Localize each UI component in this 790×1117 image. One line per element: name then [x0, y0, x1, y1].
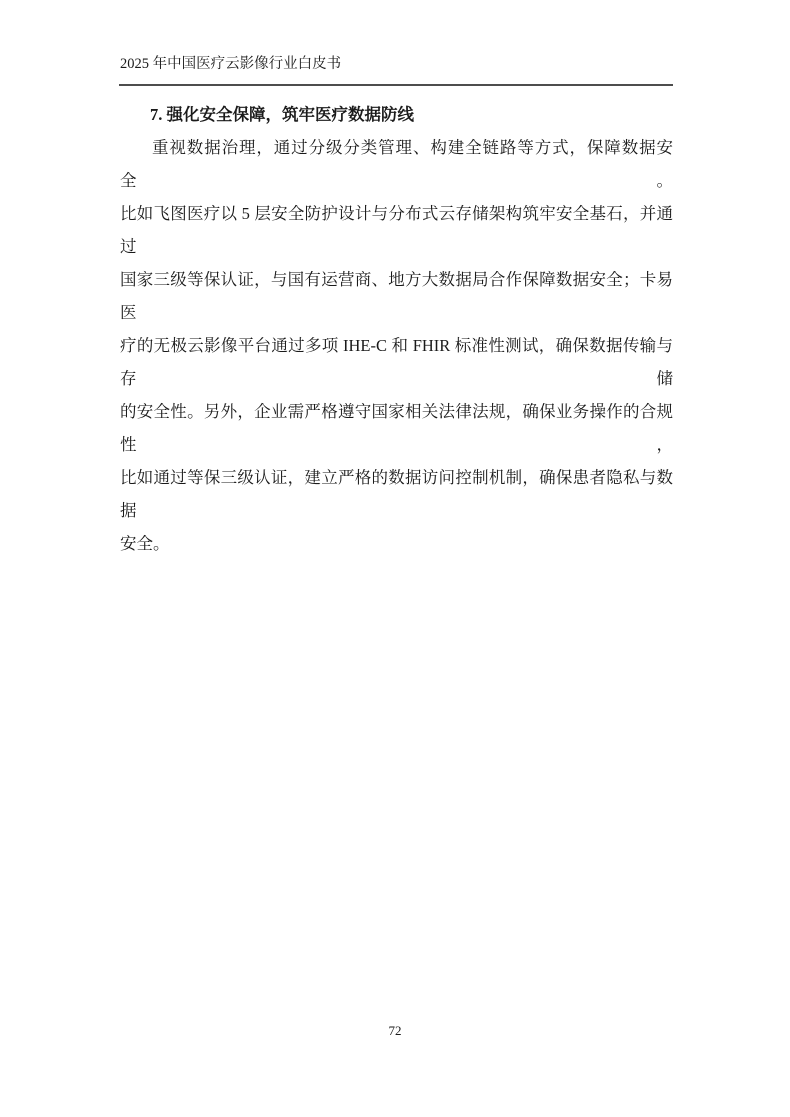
paragraph-line: 重视数据治理，通过分级分类管理、构建全链路等方式，保障数据安全。: [120, 131, 673, 197]
paragraph-line: 比如通过等保三级认证，建立严格的数据访问控制机制，确保患者隐私与数据: [120, 461, 673, 527]
running-header-title: 2025 年中国医疗云影像行业白皮书: [120, 54, 673, 74]
paragraph-line: 比如飞图医疗以 5 层安全防护设计与分布式云存储架构筑牢安全基石，并通过: [120, 197, 673, 263]
paragraph-line: 的安全性。另外，企业需严格遵守国家相关法律法规，确保业务操作的合规性，: [120, 395, 673, 461]
document-page: 2025 年中国医疗云影像行业白皮书 7. 强化安全保障，筑牢医疗数据防线 重视…: [0, 0, 790, 1117]
paragraph-line: 国家三级等保认证，与国有运营商、地方大数据局合作保障数据安全；卡易医: [120, 263, 673, 329]
paragraph-line: 安全。: [120, 527, 673, 560]
section-heading: 7. 强化安全保障，筑牢医疗数据防线: [120, 98, 673, 131]
header-divider: [119, 84, 673, 86]
page-number: 72: [0, 1022, 790, 1040]
paragraph-line: 疗的无极云影像平台通过多项 IHE-C 和 FHIR 标准性测试，确保数据传输与…: [120, 329, 673, 395]
body-paragraph: 重视数据治理，通过分级分类管理、构建全链路等方式，保障数据安全。 比如飞图医疗以…: [120, 131, 673, 560]
